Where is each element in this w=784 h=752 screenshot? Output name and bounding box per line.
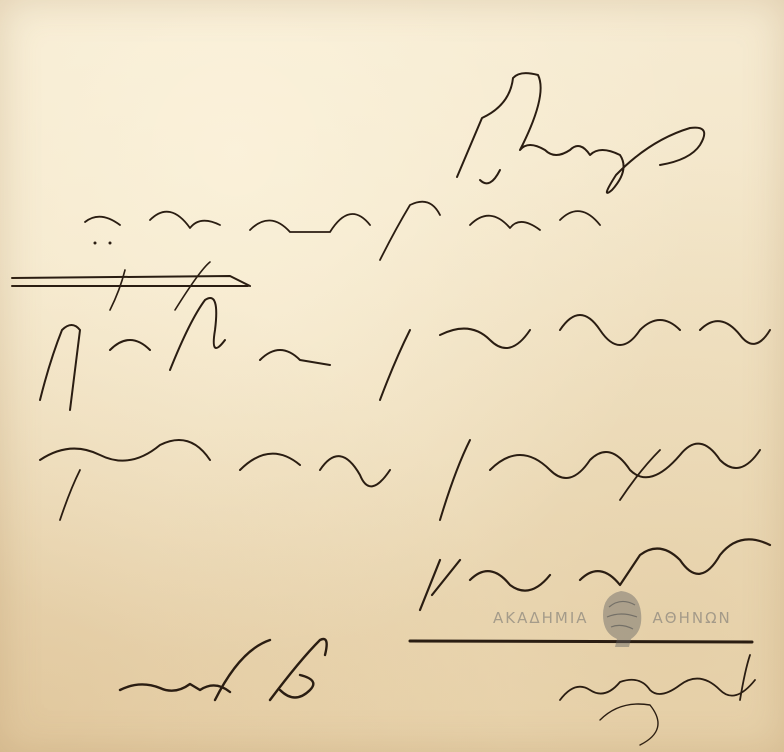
watermark: ΑΚΑΔΗΜΙΑ ΑΘΗΝΩΝ [493, 587, 732, 649]
handwriting-bottom-left [120, 639, 327, 700]
handwriting-bottom-right [560, 655, 755, 745]
manuscript-page: ΑΚΑΔΗΜΙΑ ΑΘΗΝΩΝ [0, 0, 784, 752]
handwriting-line-top [457, 73, 704, 193]
athena-head-icon [595, 587, 647, 649]
handwriting-line-3 [40, 298, 770, 410]
watermark-left-text: ΑΚΑΔΗΜΙΑ [493, 609, 589, 627]
handwriting-line-4 [40, 440, 760, 520]
watermark-right-text: ΑΘΗΝΩΝ [653, 609, 732, 627]
handwriting-line-2 [85, 202, 600, 260]
